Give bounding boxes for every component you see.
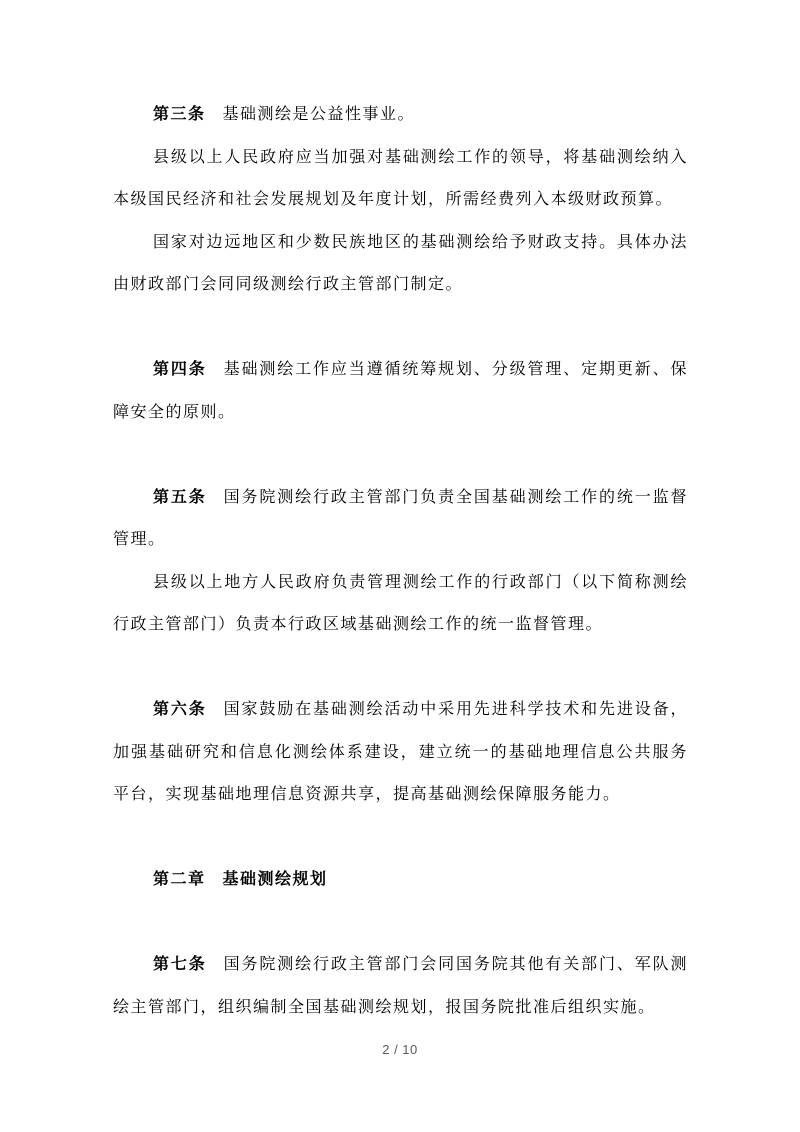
document-paragraph: 第三条基础测绘是公益性事业。	[113, 94, 688, 137]
article-number: 第三条	[153, 106, 206, 123]
document-paragraph: 第五条国务院测绘行政主管部门负责全国基础测绘工作的统一监督管理。	[113, 477, 688, 562]
article-number: 第七条	[153, 956, 207, 973]
chapter-heading: 第二章基础测绘规划	[113, 859, 688, 902]
blank-line	[113, 647, 688, 690]
article-number: 第五条	[153, 489, 207, 506]
document-paragraph: 第六条国家鼓励在基础测绘活动中采用先进科学技术和先进设备，加强基础研究和信息化测…	[113, 689, 688, 817]
document-paragraph: 县级以上人民政府应当加强对基础测绘工作的领导，将基础测绘纳入本级国民经济和社会发…	[113, 137, 688, 222]
document-paragraph: 第七条国务院测绘行政主管部门会同国务院其他有关部门、军队测绘主管部门，组织编制全…	[113, 944, 688, 1029]
chapter-title: 基础测绘规划	[223, 871, 328, 888]
chapter-number: 第二章	[153, 871, 206, 888]
blank-line	[113, 307, 688, 350]
article-number: 第六条	[153, 701, 207, 718]
document-paragraph: 县级以上地方人民政府负责管理测绘工作的行政部门（以下简称测绘行政主管部门）负责本…	[113, 562, 688, 647]
page-indicator: 2 / 10	[382, 1042, 418, 1057]
paragraph-text: 县级以上地方人民政府负责管理测绘工作的行政部门（以下简称测绘行政主管部门）负责本…	[113, 574, 688, 634]
page-footer: 2 / 10	[0, 1041, 800, 1059]
blank-line	[113, 817, 688, 860]
document-paragraph: 国家对边远地区和少数民族地区的基础测绘给予财政支持。具体办法由财政部门会同同级测…	[113, 222, 688, 307]
blank-line	[113, 902, 688, 945]
paragraph-text: 县级以上人民政府应当加强对基础测绘工作的领导，将基础测绘纳入本级国民经济和社会发…	[113, 149, 688, 209]
article-number: 第四条	[153, 361, 207, 378]
document-paragraph: 第四条基础测绘工作应当遵循统筹规划、分级管理、定期更新、保障安全的原则。	[113, 349, 688, 434]
paragraph-text: 基础测绘是公益性事业。	[223, 106, 416, 123]
paragraph-text: 国家对边远地区和少数民族地区的基础测绘给予财政支持。具体办法由财政部门会同同级测…	[113, 234, 688, 294]
document-page-body: 第三条基础测绘是公益性事业。县级以上人民政府应当加强对基础测绘工作的领导，将基础…	[0, 0, 800, 1029]
blank-line	[113, 434, 688, 477]
